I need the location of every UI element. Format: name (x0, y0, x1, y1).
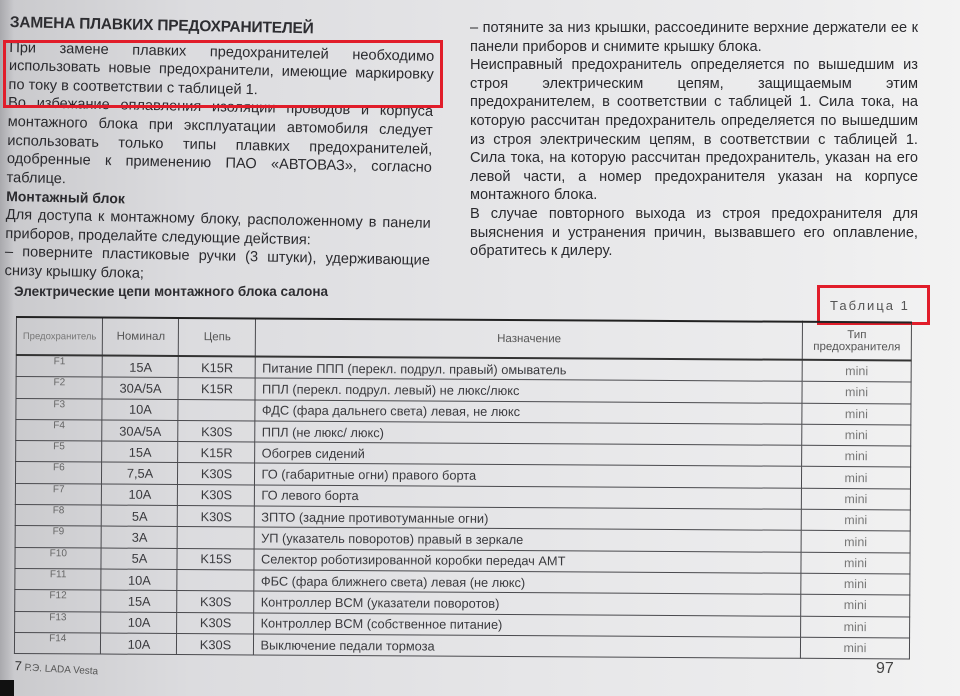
section-title: ЗАМЕНА ПЛАВКИХ ПРЕДОХРАНИТЕЛЕЙ (10, 14, 435, 41)
cell-circuit: K30S (177, 612, 254, 634)
table-row: F1410AK30SВыключение педали тормозаmini (14, 632, 909, 659)
cell-circuit: K30S (178, 484, 255, 506)
cell-circuit: K30S (177, 633, 254, 655)
cell-circuit: K30S (178, 463, 255, 485)
cell-rating: 15A (101, 590, 177, 612)
cell-type: mini (801, 616, 910, 638)
right-column: – потяните за низ крышки, рассоедините в… (470, 19, 918, 261)
cell-fuse: F12 (15, 590, 102, 612)
cell-type: mini (801, 531, 910, 553)
cell-fuse: F1 (16, 355, 103, 377)
cell-fuse: F6 (15, 462, 102, 484)
cell-rating: 15A (102, 441, 178, 463)
page-number: 97 (876, 660, 894, 678)
cell-type: mini (801, 488, 910, 510)
header-purpose: Назначение (256, 318, 803, 359)
cell-rating: 5A (102, 505, 178, 527)
cell-rating: 5A (101, 548, 177, 570)
cell-rating: 30A/5A (102, 377, 178, 399)
cell-type: mini (800, 637, 909, 659)
header-circuit: Цепь (179, 318, 256, 356)
paragraph-step-turn-handles: – поверните пластиковые ручки (3 штуки),… (4, 243, 430, 289)
fuse-table: Предохранитель Номинал Цепь Назначение Т… (14, 316, 912, 660)
table-title: Электрические цепи монтажного блока сало… (14, 284, 328, 299)
cell-fuse: F13 (15, 611, 102, 633)
cell-rating: 10A (102, 484, 178, 506)
cell-type: mini (801, 509, 910, 531)
cell-fuse: F8 (15, 505, 102, 527)
cell-type: mini (802, 424, 911, 446)
cell-circuit (178, 527, 255, 549)
cell-circuit: K15R (179, 356, 256, 378)
cell-circuit: K30S (178, 420, 255, 442)
cell-purpose: Выключение педали тормоза (254, 634, 801, 659)
cell-fuse: F14 (14, 632, 101, 654)
paragraph-insulation: Во избежание оплавления изоляции проводо… (6, 94, 433, 196)
cell-circuit: K15S (177, 548, 254, 570)
paragraph-dealer: В случае повторного выхода из строя пред… (470, 205, 918, 261)
paragraph-step-remove-cover: – потяните за низ крышки, рассоедините в… (470, 19, 918, 56)
header-rating: Номинал (103, 318, 179, 356)
cell-type: mini (801, 552, 910, 574)
cell-fuse: F4 (16, 419, 103, 441)
cell-fuse: F5 (16, 441, 103, 463)
cell-type: mini (802, 445, 911, 467)
cell-type: mini (801, 467, 910, 489)
table-body: F115AK15RПитание ППП (перекл. подрул. пр… (14, 355, 911, 659)
cell-circuit: K30S (178, 506, 255, 528)
header-type: Тип предохранителя (802, 322, 911, 361)
cell-fuse: F3 (16, 398, 103, 420)
header-fuse: Предохранитель (16, 317, 103, 356)
cell-fuse: F9 (15, 526, 102, 548)
cell-circuit: K15R (178, 378, 255, 400)
cell-type: mini (801, 595, 910, 617)
cell-rating: 7,5A (102, 463, 178, 485)
cell-circuit: K30S (177, 591, 254, 613)
cell-rating: 10A (101, 612, 177, 634)
cell-rating: 10A (101, 633, 177, 655)
footer-book-info: 7 Р.Э. LADA Vesta (14, 658, 98, 677)
cell-type: mini (801, 573, 910, 595)
cell-rating: 30A/5A (102, 420, 178, 442)
cell-type: mini (802, 382, 911, 404)
cell-type: mini (802, 403, 911, 425)
cell-fuse: F7 (15, 483, 102, 505)
cell-type: mini (802, 360, 911, 382)
cell-fuse: F10 (15, 547, 102, 569)
cell-fuse: F2 (16, 377, 103, 399)
book-title: Р.Э. LADA Vesta (24, 663, 98, 678)
paragraph-faulty-fuse: Неисправный предохранитель определяется … (470, 56, 918, 205)
photo-corner-shadow (0, 680, 14, 696)
cell-rating: 10A (102, 399, 178, 421)
highlight-box-table-label (817, 285, 930, 325)
highlight-box-paragraph (3, 40, 443, 108)
cell-circuit (178, 399, 255, 421)
cell-rating: 15A (103, 356, 179, 378)
chapter-number: 7 (14, 658, 22, 673)
cell-rating: 10A (101, 569, 177, 591)
cell-circuit (177, 569, 254, 591)
cell-rating: 3A (102, 526, 178, 548)
cell-circuit: K15R (178, 442, 255, 464)
table-header-row: Предохранитель Номинал Цепь Назначение Т… (16, 317, 911, 360)
cell-fuse: F11 (15, 568, 102, 590)
